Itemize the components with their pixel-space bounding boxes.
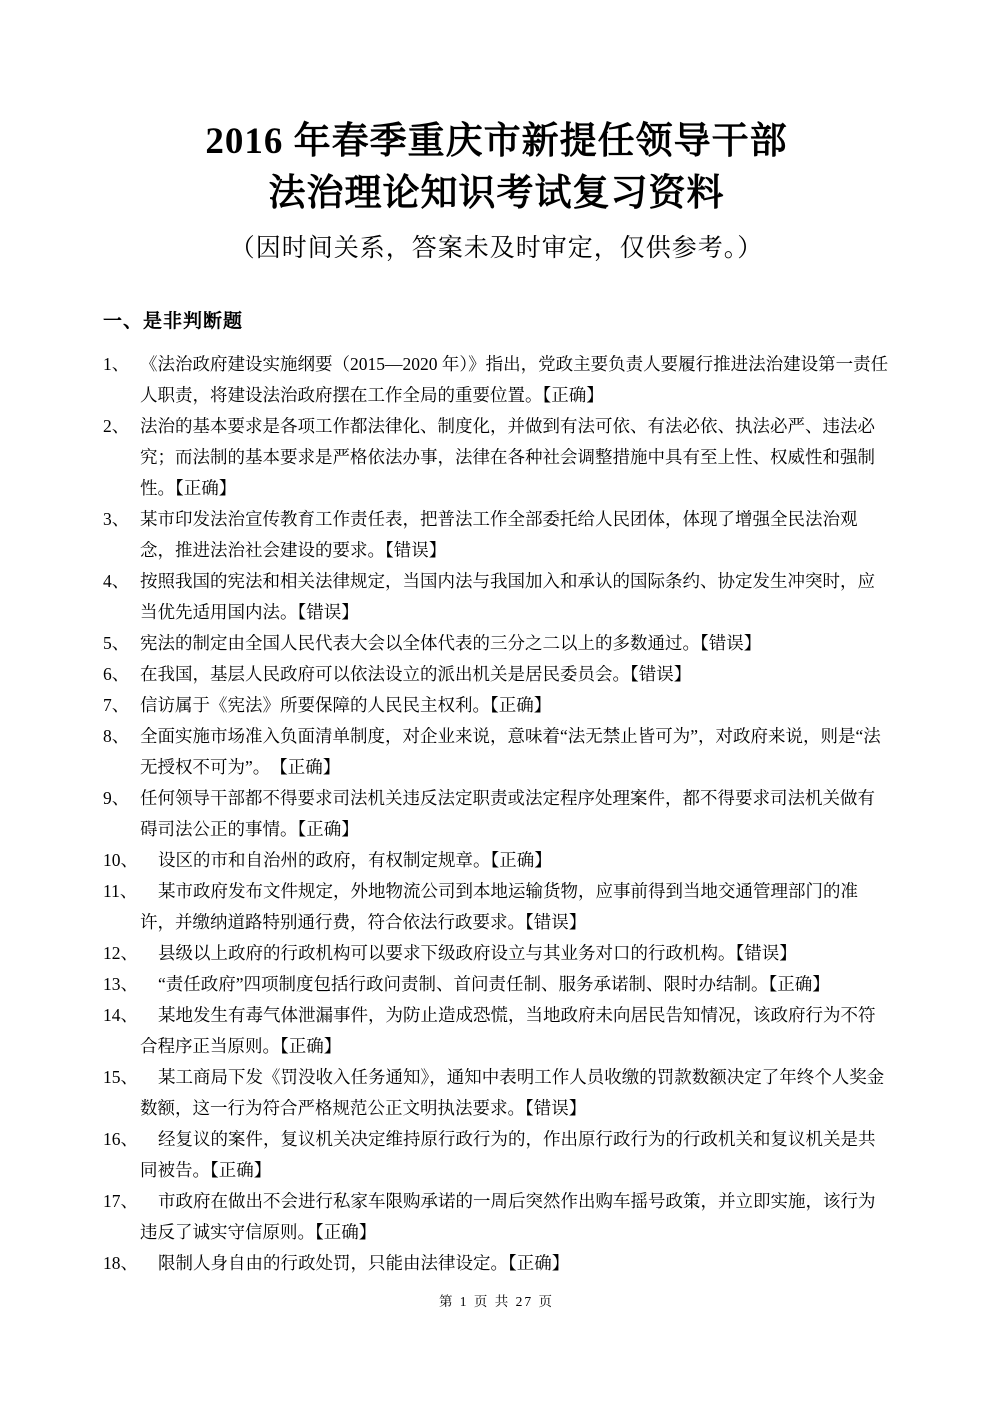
- answer-label: 【正确】: [210, 1160, 271, 1180]
- question-number: 14、: [103, 1000, 138, 1031]
- question-text: 法治的基本要求是各项工作都法律化、制度化，并做到有法可依、有法必依、执法必严、违…: [140, 416, 875, 498]
- question-text: 限制人身自由的行政处罚，只能由法律设定。: [158, 1253, 508, 1273]
- question-text: 市政府在做出不会进行私家车限购承诺的一周后突然作出购车摇号政策，并立即实施，该行…: [140, 1191, 876, 1242]
- document-body: 一、是非判断题 1、《法治政府建设实施纲要（2015—2020 年）》指出，党政…: [103, 306, 890, 1279]
- question-number: 12、: [103, 938, 138, 969]
- question-number: 10、: [103, 845, 138, 876]
- question-item: 3、某市印发法治宣传教育工作责任表，把普法工作全部委托给人民团体，体现了增强全民…: [103, 504, 890, 566]
- question-number: 4、: [103, 566, 129, 597]
- answer-label: 【正确】: [769, 974, 830, 994]
- document-page: 2016 年春季重庆市新提任领导干部 法治理论知识考试复习资料 （因时间关系，答…: [0, 0, 993, 1404]
- question-item: 11、某市政府发布文件规定，外地物流公司到本地运输货物，应事前得到当地交通管理部…: [103, 876, 890, 938]
- document-header: 2016 年春季重庆市新提任领导干部 法治理论知识考试复习资料 （因时间关系，答…: [0, 0, 993, 266]
- question-list: 1、《法治政府建设实施纲要（2015—2020 年）》指出，党政主要负责人要履行…: [103, 349, 890, 1279]
- answer-label: 【正确】: [543, 385, 604, 405]
- document-title-line1: 2016 年春季重庆市新提任领导干部: [0, 116, 993, 168]
- question-item: 2、法治的基本要求是各项工作都法律化、制度化，并做到有法可依、有法必依、执法必严…: [103, 411, 890, 504]
- question-number: 13、: [103, 969, 138, 1000]
- answer-label: 【正确】: [508, 1253, 569, 1273]
- question-text: “责任政府”四项制度包括行政问责制、首问责任制、服务承诺制、限时办结制。: [158, 974, 769, 994]
- document-subtitle: （因时间关系，答案未及时审定，仅供参考。）: [0, 232, 993, 266]
- answer-label: 【错误】: [630, 664, 691, 684]
- question-text: 某工商局下发《罚没收入任务通知》，通知中表明工作人员收缴的罚款数额决定了年终个人…: [140, 1067, 884, 1118]
- question-item: 7、信访属于《宪法》所要保障的人民民主权利。【正确】: [103, 690, 890, 721]
- question-item: 14、某地发生有毒气体泄漏事件，为防止造成恐慌，当地政府未向居民告知情况，该政府…: [103, 1000, 890, 1062]
- document-title-line2: 法治理论知识考试复习资料: [0, 168, 993, 220]
- question-text: 某市印发法治宣传教育工作责任表，把普法工作全部委托给人民团体，体现了增强全民法治…: [140, 509, 858, 560]
- question-item: 9、任何领导干部都不得要求司法机关违反法定职责或法定程序处理案件，都不得要求司法…: [103, 783, 890, 845]
- answer-label: 【错误】: [385, 540, 446, 560]
- answer-label: 【错误】: [298, 602, 359, 622]
- question-number: 16、: [103, 1124, 138, 1155]
- answer-label: 【正确】: [491, 850, 552, 870]
- answer-label: 【错误】: [525, 1098, 586, 1118]
- question-item: 1、《法治政府建设实施纲要（2015—2020 年）》指出，党政主要负责人要履行…: [103, 349, 890, 411]
- question-text: 宪法的制定由全国人民代表大会以全体代表的三分之二以上的多数通过。: [140, 633, 700, 653]
- question-item: 17、市政府在做出不会进行私家车限购承诺的一周后突然作出购车摇号政策，并立即实施…: [103, 1186, 890, 1248]
- question-text: 全面实施市场准入负面清单制度，对企业来说，意味着“法无禁止皆可为”，对政府来说，…: [140, 726, 881, 777]
- question-text: 信访属于《宪法》所要保障的人民民主权利。: [140, 695, 490, 715]
- question-number: 11、: [103, 876, 137, 907]
- section-heading: 一、是非判断题: [103, 306, 890, 333]
- question-item: 15、某工商局下发《罚没收入任务通知》，通知中表明工作人员收缴的罚款数额决定了年…: [103, 1062, 890, 1124]
- question-text: 某地发生有毒气体泄漏事件，为防止造成恐慌，当地政府未向居民告知情况，该政府行为不…: [140, 1005, 876, 1056]
- answer-label: 【正确】: [175, 478, 236, 498]
- answer-label: 【正确】: [280, 1036, 341, 1056]
- answer-label: 【正确】: [315, 1222, 376, 1242]
- question-text: 《法治政府建设实施纲要（2015—2020 年）》指出，党政主要负责人要履行推进…: [140, 354, 888, 405]
- question-text: 任何领导干部都不得要求司法机关违反法定职责或法定程序处理案件，都不得要求司法机关…: [140, 788, 875, 839]
- question-item: 12、县级以上政府的行政机构可以要求下级政府设立与其业务对口的行政机构。【错误】: [103, 938, 890, 969]
- question-text: 县级以上政府的行政机构可以要求下级政府设立与其业务对口的行政机构。: [158, 943, 736, 963]
- answer-label: 【正确】: [490, 695, 551, 715]
- question-number: 8、: [103, 721, 129, 752]
- question-number: 15、: [103, 1062, 138, 1093]
- question-number: 18、: [103, 1248, 138, 1279]
- question-number: 6、: [103, 659, 129, 690]
- question-number: 2、: [103, 411, 129, 442]
- answer-label: 【错误】: [525, 912, 586, 932]
- question-number: 7、: [103, 690, 129, 721]
- question-number: 9、: [103, 783, 129, 814]
- question-item: 4、按照我国的宪法和相关法律规定，当国内法与我国加入和承认的国际条约、协定发生冲…: [103, 566, 890, 628]
- answer-label: 【正确】: [279, 757, 340, 777]
- page-footer: 第 1 页 共 27 页: [0, 1290, 993, 1310]
- question-text: 按照我国的宪法和相关法律规定，当国内法与我国加入和承认的国际条约、协定发生冲突时…: [140, 571, 875, 622]
- question-item: 6、在我国，基层人民政府可以依法设立的派出机关是居民委员会。【错误】: [103, 659, 890, 690]
- question-item: 13、“责任政府”四项制度包括行政问责制、首问责任制、服务承诺制、限时办结制。【…: [103, 969, 890, 1000]
- question-item: 10、设区的市和自治州的政府，有权制定规章。【正确】: [103, 845, 890, 876]
- question-text: 某市政府发布文件规定，外地物流公司到本地运输货物，应事前得到当地交通管理部门的准…: [140, 881, 858, 932]
- answer-label: 【错误】: [700, 633, 761, 653]
- answer-label: 【错误】: [736, 943, 797, 963]
- question-text: 在我国，基层人民政府可以依法设立的派出机关是居民委员会。: [140, 664, 630, 684]
- question-item: 18、限制人身自由的行政处罚，只能由法律设定。【正确】: [103, 1248, 890, 1279]
- answer-label: 【正确】: [298, 819, 359, 839]
- question-text: 设区的市和自治州的政府，有权制定规章。: [158, 850, 491, 870]
- question-item: 5、宪法的制定由全国人民代表大会以全体代表的三分之二以上的多数通过。【错误】: [103, 628, 890, 659]
- question-item: 16、经复议的案件，复议机关决定维持原行政行为的，作出原行政行为的行政机关和复议…: [103, 1124, 890, 1186]
- question-number: 17、: [103, 1186, 138, 1217]
- question-number: 1、: [103, 349, 129, 380]
- question-number: 3、: [103, 504, 129, 535]
- question-number: 5、: [103, 628, 129, 659]
- question-item: 8、全面实施市场准入负面清单制度，对企业来说，意味着“法无禁止皆可为”，对政府来…: [103, 721, 890, 783]
